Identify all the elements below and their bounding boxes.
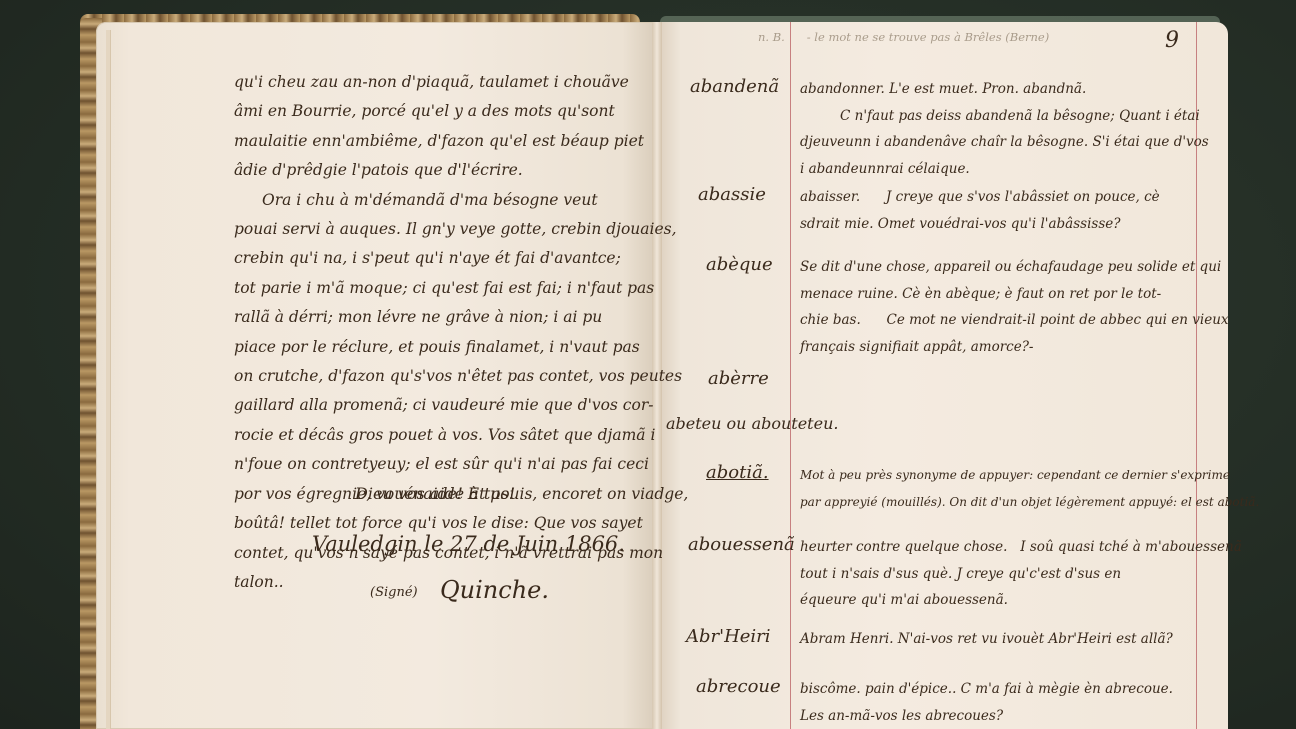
definition-line: djeuveunn i abandenâve chaîr la bêsogne.…: [800, 129, 1200, 156]
text-line: on crutche, d'fazon qu's'vos n'êtet pas …: [234, 362, 634, 391]
place-and-date: Vauledgin le 27 de Juin 1866.: [312, 532, 625, 556]
text-line: Ora i chu à m'démandã d'ma bésogne veut: [234, 186, 634, 215]
definition: Se dit d'une chose, appareil ou échafaud…: [800, 254, 1200, 360]
text-line: tot parie i m'ã moque; ci qu'est fai est…: [234, 274, 634, 303]
text-line: piace por le réclure, et pouis finalamet…: [234, 333, 634, 362]
definition-line: menace ruine. Cè èn abèque; è faut on re…: [800, 281, 1200, 308]
definition: Abram Henri. N'ai-vos ret vu ivouèt Abr'…: [800, 626, 1200, 653]
definition: heurter contre quelque chose. I soû quas…: [800, 534, 1200, 614]
page-stack-edge: [106, 30, 111, 729]
definition-line: i abandeunnrai célaique.: [800, 156, 1200, 183]
headword: abeteu ou abouteteu.: [666, 414, 838, 433]
headword: abèque: [706, 254, 773, 275]
text-line: talon..: [234, 568, 634, 597]
definition: abandonner. L'e est muet. Pron. abandnã.…: [800, 76, 1200, 182]
open-manuscript-book: ~ ~ ~ qu'i cheu zau an-non d'piaquã, tau…: [0, 0, 1296, 729]
text-line: maulaitie enn'ambiême, d'fazon qu'el est…: [234, 127, 634, 156]
headword: abandenã: [690, 76, 779, 97]
definition-line: biscôme. pain d'épice.. C m'a fai à mègi…: [800, 676, 1200, 703]
headword: Abr'Heiri: [686, 626, 771, 647]
definition-line: sdrait mie. Omet vouédrai-vos qu'i l'abâ…: [800, 211, 1200, 238]
definition-line: C n'faut pas deiss abandenã la bêsogne; …: [800, 103, 1200, 130]
definition: Mot à peu près synonyme de appuyer: cepe…: [800, 462, 1200, 515]
margin-note-text: - le mot ne se trouve pas à Brêles (Bern…: [807, 30, 1049, 44]
definition-line: Se dit d'une chose, appareil ou échafaud…: [800, 254, 1200, 281]
definition: abaisser. J creye que s'vos l'abâssiet o…: [800, 184, 1200, 237]
definition-line: tout i n'sais d'sus què. J creye qu'c'es…: [800, 561, 1200, 588]
text-line: âmi en Bourrie, porcé qu'el y a des mots…: [234, 97, 634, 126]
closing-blessing: Dieu vos aide à tus!: [355, 484, 515, 503]
headword: abotiã.: [706, 462, 769, 483]
headword: abouessenã: [688, 534, 795, 555]
definition-line: par appreyié (mouillés). On dit d'un obj…: [800, 489, 1200, 516]
text-line: crebin qu'i na, i s'peut qu'i n'aye ét f…: [234, 244, 634, 273]
left-page-paragraph: qu'i cheu zau an-non d'piaquã, taulamet …: [234, 68, 634, 597]
headword: abrecoue: [696, 676, 781, 697]
definition-line: abandonner. L'e est muet. Pron. abandnã.: [800, 76, 1200, 103]
definition-line: chie bas. Ce mot ne viendrait-il point d…: [800, 307, 1200, 334]
definition-line: Abram Henri. N'ai-vos ret vu ivouèt Abr'…: [800, 626, 1200, 653]
page-number: 9: [1165, 28, 1179, 53]
definition: biscôme. pain d'épice.. C m'a fai à mègi…: [800, 676, 1200, 729]
text-line: pouai servi à auques. Il gn'y veye gotte…: [234, 215, 634, 244]
headword: abèrre: [708, 368, 769, 389]
margin-note-prefix: n. B.: [758, 30, 785, 44]
text-line: n'foue on contretyeuy; el est sûr qu'i n…: [234, 450, 634, 479]
definition-line: équeure qu'i m'ai abouessenã.: [800, 587, 1200, 614]
text-line: rallã à dérri; mon lévre ne grâve à nion…: [234, 303, 634, 332]
definition-line: Mot à peu près synonyme de appuyer: cepe…: [800, 462, 1200, 489]
signature: Quinche.: [440, 576, 549, 604]
left-margin-rule: [790, 22, 791, 729]
text-line: qu'i cheu zau an-non d'piaquã, taulamet …: [234, 68, 634, 97]
text-line: gaillard alla promenã; ci vaudeuré mie q…: [234, 391, 634, 420]
margin-note: n. B. - le mot ne se trouve pas à Brêles…: [758, 30, 1049, 44]
signed-label: (Signé): [370, 585, 418, 600]
definition-line: Les an-mã-vos les abrecoues?: [800, 703, 1200, 729]
definition-line: abaisser. J creye que s'vos l'abâssiet o…: [800, 184, 1200, 211]
headword: abassie: [698, 184, 766, 205]
definition-line: heurter contre quelque chose. I soû quas…: [800, 534, 1200, 561]
definition-line: français signifiait appât, amorce?-: [800, 334, 1200, 361]
text-line: âdie d'prêdgie l'patois que d'l'écrire.: [234, 156, 634, 185]
text-line: rocie et décâs gros pouet à vos. Vos sât…: [234, 421, 634, 450]
